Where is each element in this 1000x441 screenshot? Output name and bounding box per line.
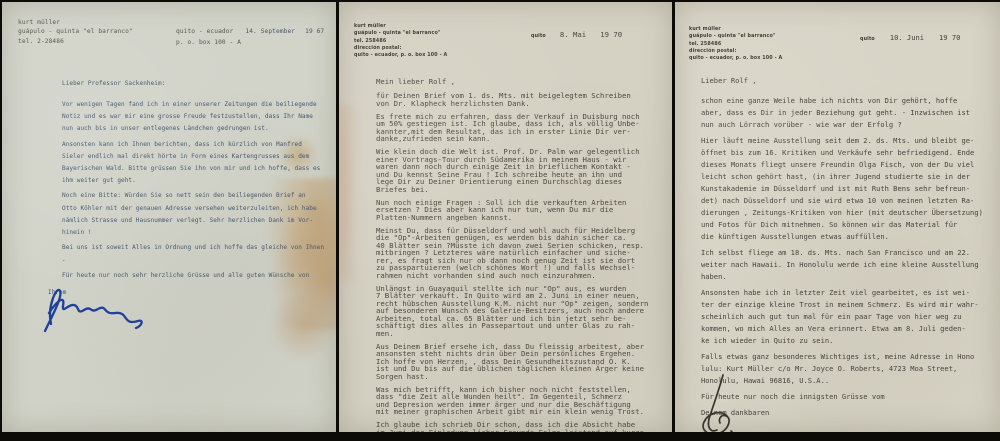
paragraph: Noch eine Bitte: Würden Sie so nett sein… (62, 190, 332, 239)
signature-stroke (708, 375, 723, 431)
paragraph: Ansonsten kann ich Ihnen berichten, dass… (62, 139, 332, 188)
stain (268, 292, 336, 360)
date-day-month: 8. Mai (560, 31, 586, 39)
letterhead-postal-label: dirección postal: (354, 45, 447, 52)
letterhead: kurt müller guápulo - quinta "el barranc… (18, 18, 133, 46)
paragraph: schon eine ganze Weile habe ich nichts v… (701, 95, 998, 131)
letter-1970-05-08: kurt müller guápulo - quinta "el barranc… (339, 2, 672, 432)
letterhead-postal-label: dirección postal: (689, 48, 782, 55)
signature-scrawl (36, 278, 156, 338)
letterhead-phone: tel. 258486 (689, 41, 782, 48)
paragraph: Wie klein doch die Welt ist. Prof. Dr. P… (376, 148, 670, 193)
paragraph: Nun noch einige Fragen : Soll ich die ve… (376, 199, 670, 222)
letterhead-name: kurt müller (18, 18, 133, 27)
date-city: quito (531, 33, 546, 40)
letterhead-pobox: p. o. box 100 - A (176, 38, 324, 47)
letterhead-phone: tel. 2-28486 (18, 37, 133, 46)
salutation: Lieber Professor Sackenheim: (62, 78, 165, 90)
letterhead-right: quito - ecuador 14. September 19 67 p. o… (176, 27, 324, 47)
signature-stroke (45, 290, 60, 331)
dateline: quito 10. Juni 19 70 (860, 34, 960, 43)
salutation: Lieber Rolf , (701, 75, 757, 87)
paragraph: Ansonsten habe ich in letzter Zeit viel … (701, 287, 998, 347)
date-year: 19 70 (939, 34, 960, 42)
letterhead-city: quito - ecuador (176, 27, 233, 36)
letterhead: kurt müller guápulo - quinta "el barranc… (689, 26, 782, 62)
letterhead-postal: quito - ecuador, p. o. box 100 - A (689, 55, 782, 62)
letter-1967-09-14: kurt müller guápulo - quinta "el barranc… (2, 2, 336, 432)
paragraph: Ich selbst fliege am 18. ds. Mts. nach S… (701, 247, 998, 283)
letterhead-postal: quito - ecuador, p. o. box 100 - A (354, 52, 447, 59)
paragraph: Hier läuft meine Ausstellung seit dem 2.… (701, 135, 998, 243)
letterhead-address: guápulo - quinta "el barranco" (689, 33, 782, 40)
paragraph: für Deinen Brief vom 1. ds. Mts. mit bei… (376, 92, 670, 107)
paragraph: Aus Deinem Brief ersehe ich, dass Du fle… (376, 343, 670, 381)
letter-body: für Deinen Brief vom 1. ds. Mts. mit bei… (376, 92, 670, 432)
date-day-month: 10. Juni (890, 34, 924, 42)
salutation: Mein lieber Rolf , (376, 78, 455, 86)
letterhead-name: kurt müller (354, 23, 447, 30)
paragraph: Unlängst in Guayaquil stellte ich nur "O… (376, 285, 670, 338)
paragraph: Vor wenigen Tagen fand ich in einer unse… (62, 99, 332, 136)
letter-1970-06-10: kurt müller guápulo - quinta "el barranc… (675, 2, 1000, 432)
paragraph: Ich glaube ich schrieb Dir schon, dass i… (376, 421, 670, 432)
paragraph: Was mich betrifft, kann ich bisher noch … (376, 386, 670, 416)
letterhead-address: guápulo - quinta "el barranco" (354, 30, 447, 37)
date-city: quito (860, 36, 875, 43)
paragraph: Meinst Du, dass für Düsseldorf und wohl … (376, 227, 670, 280)
dateline: quito 8. Mai 19 70 (531, 31, 622, 40)
letter-body: Vor wenigen Tagen fand ich in einer unse… (62, 99, 332, 285)
stain (339, 105, 359, 280)
letterhead-phone: tel. 258486 (354, 38, 447, 45)
letterhead: kurt müller guápulo - quinta "el barranc… (354, 23, 447, 59)
date-year: 19 70 (600, 31, 622, 39)
date-day-month: 14. September (245, 27, 295, 36)
date-year: 19 67 (305, 27, 324, 36)
letterhead-address: guápulo - quinta "el barranco" (18, 27, 133, 36)
paragraph: Es frete mich zu erfahren, dass der Verk… (376, 113, 670, 143)
signature-scrawl (691, 372, 751, 432)
signature-stroke (49, 300, 142, 328)
letterhead-name: kurt müller (689, 26, 782, 33)
paragraph: Bei uns ist soweit Alles in Ordnung und … (62, 242, 332, 266)
photo-background: kurt müller guápulo - quinta "el barranc… (0, 0, 1000, 441)
